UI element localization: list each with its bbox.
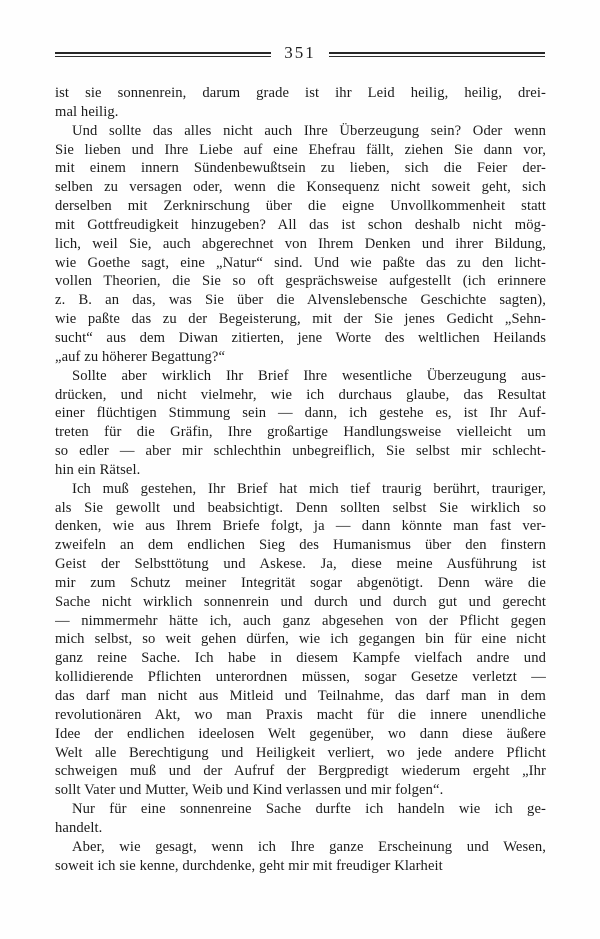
text-line: treten für die Gräfin, Ihre großartige H…	[55, 423, 546, 442]
paragraph: Nur für eine sonnenreine Sache durfte ic…	[55, 800, 546, 838]
text-line: — nimmermehr hätte ich, auch ganz abgese…	[55, 612, 546, 631]
text-line: wie Goethe sagt, eine „Natur“ sind. Und …	[55, 254, 546, 273]
text-line: das darf man nicht aus Mitleid und Teiln…	[55, 687, 546, 706]
text-line: selben zu versagen oder, wenn die Konseq…	[55, 178, 546, 197]
text-line: mit Gottfreudigkeit hinzugeben? All das …	[55, 216, 546, 235]
paragraph: Und sollte das alles nicht auch Ihre Übe…	[55, 122, 546, 367]
text-line: Ich muß gestehen, Ihr Brief hat mich tie…	[55, 480, 546, 499]
paragraph: Sollte aber wirklich Ihr Brief Ihre wese…	[55, 367, 546, 480]
text-line: Sie lieben und Ihre Liebe auf eine Ehefr…	[55, 141, 546, 160]
text-line: wie paßte das zu der Begeisterung, mit d…	[55, 310, 546, 329]
text-line: derselben mit Zerknirschung über die eig…	[55, 197, 546, 216]
page-header: 351	[55, 46, 545, 63]
text-line: einer flüchtigen Stimmung sein — dann, i…	[55, 404, 546, 423]
text-line: kollidierende Pflichten unterordnen müss…	[55, 668, 546, 687]
page-body: ist sie sonnenrein, darum grade ist ihr …	[55, 84, 546, 875]
text-line: Und sollte das alles nicht auch Ihre Übe…	[55, 122, 546, 141]
text-line: denken, wie aus Ihrem Briefe folgt, ja —…	[55, 517, 546, 536]
text-line: schweigen muß und der Aufruf der Bergpre…	[55, 762, 546, 781]
text-line: so edler — aber mir schlechthin unbegrei…	[55, 442, 546, 461]
text-line: zweifeln an dem endlichen Sieg des Human…	[55, 536, 546, 555]
text-line: Aber, wie gesagt, wenn ich Ihre ganze Er…	[55, 838, 546, 857]
text-line: Sache nicht wirklich sonnenrein und durc…	[55, 593, 546, 612]
paragraph: Aber, wie gesagt, wenn ich Ihre ganze Er…	[55, 838, 546, 876]
text-line: hin ein Rätsel.	[55, 461, 546, 480]
header-rule-left	[55, 52, 271, 57]
text-line: mich selbst, so weit gehen dürfen, wie i…	[55, 630, 546, 649]
text-line: „auf zu höherer Begattung?“	[55, 348, 546, 367]
paragraph: ist sie sonnenrein, darum grade ist ihr …	[55, 84, 546, 122]
text-line: mir zum Schutz meiner Integrität sogar a…	[55, 574, 546, 593]
text-line: Geist der Selbsttötung und Askese. Ja, d…	[55, 555, 546, 574]
text-line: Sollte aber wirklich Ihr Brief Ihre wese…	[55, 367, 546, 386]
text-line: Welt alle Berechtigung und Heiligkeit ve…	[55, 744, 546, 763]
text-line: mal heilig.	[55, 103, 546, 122]
text-line: Idee der endlichen ideelosen Welt gegenü…	[55, 725, 546, 744]
text-line: sollt Vater und Mutter, Weib und Kind ve…	[55, 781, 546, 800]
text-line: sucht“ aus dem Diwan zitierten, jene Wor…	[55, 329, 546, 348]
header-rule-right	[329, 52, 545, 57]
text-line: soweit ich sie kenne, durchdenke, geht m…	[55, 857, 546, 876]
text-line: mit einem innern Sündenbewußtsein zu lie…	[55, 159, 546, 178]
page-number: 351	[271, 44, 329, 61]
text-line: ist sie sonnenrein, darum grade ist ihr …	[55, 84, 546, 103]
text-line: drücken, und nicht vielmehr, wie ich dur…	[55, 386, 546, 405]
text-line: Nur für eine sonnenreine Sache durfte ic…	[55, 800, 546, 819]
text-line: z. B. an das, was Sie über die Alvensleb…	[55, 291, 546, 310]
text-line: handelt.	[55, 819, 546, 838]
text-line: revolutionären Akt, wo man Praxis macht …	[55, 706, 546, 725]
text-line: als Sie gewollt und beabsichtigt. Denn s…	[55, 499, 546, 518]
book-page: 351 ist sie sonnenrein, darum grade ist …	[0, 0, 600, 939]
text-line: ganz reine Sache. Ich habe in diesem Kam…	[55, 649, 546, 668]
paragraph: Ich muß gestehen, Ihr Brief hat mich tie…	[55, 480, 546, 800]
text-line: vollen Theorien, die Sie so oft gespräch…	[55, 272, 546, 291]
text-line: lich, weil Sie, auch abgerechnet von Ihr…	[55, 235, 546, 254]
